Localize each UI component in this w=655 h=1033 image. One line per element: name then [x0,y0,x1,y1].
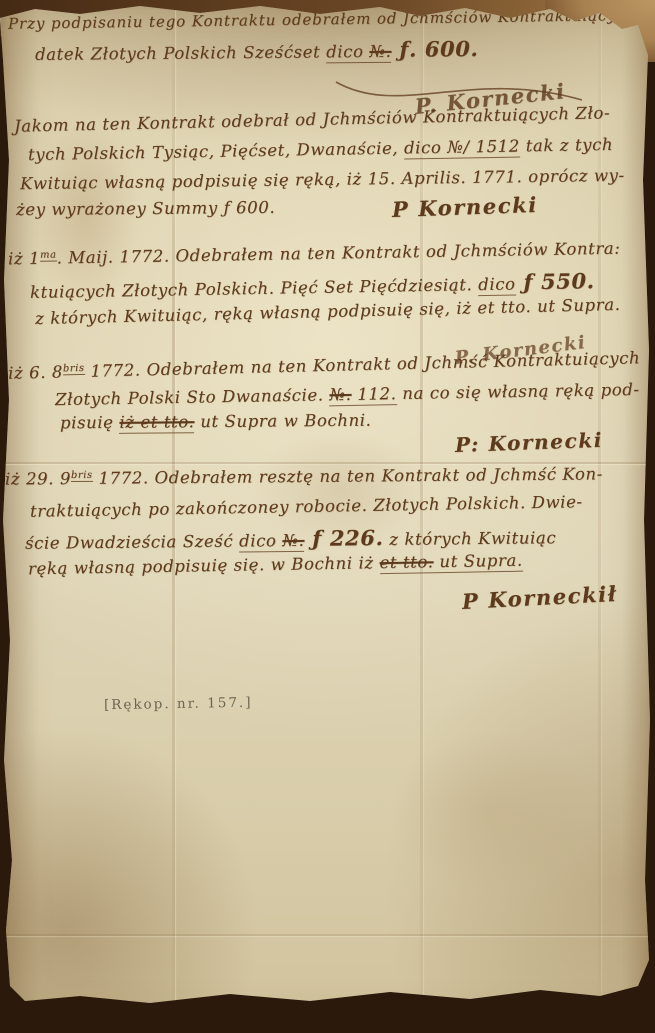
receipt-text: Jakom na ten Kontrakt odebrał od Jchmści… [14,103,610,136]
receipt-text: na co się własną ręką pod- [396,380,639,403]
underlined-sum: dico №. [239,531,305,553]
receipt-line: Złotych Polski Sto Dwanaście. №. 112. na… [55,380,640,409]
receipt-text: 1772. Odebrałem resztę na ten Kontrakt o… [93,464,603,487]
receipt-line: pisuię iż et tto. ut Supra w Bochni. [60,411,372,433]
receipt-line: iż 6. 8bris 1772. Odebrałem na ten Kontr… [8,348,641,382]
archive-number-note: [Rękop. nr. 157.] [104,695,253,714]
receipt-text: 1772. Odebrałem na ten Kontrakt od Jchmś… [84,348,640,381]
signature-kornecki: P Korneckił [461,581,618,614]
struck-phrase: iż et tto. [119,412,194,434]
sum-226: ƒ 226. [304,525,383,551]
manuscript-photo: Przy podpisaniu tego Kontraktu odebrałem… [0,0,655,1033]
signature-text: P Kornecki [392,192,539,222]
receipt-text: pisuię [60,413,120,433]
superscript-ordinal: ma [40,249,57,261]
underlined-dico: dico [478,274,516,296]
receipt-line: żey wyrażoney Summy ƒ 600. [16,198,275,219]
receipt-line: datek Złotych Polskich Sześćset dico №. … [35,36,479,65]
underlined-sum: dico №/ 1512 [404,137,520,160]
archive-note-text: [Rękop. nr. 157.] [104,695,253,714]
receipt-line: ście Dwadzieścia Sześć dico №. ƒ 226. z … [25,523,556,554]
struck-numero: №. [282,531,304,550]
vertical-fold-crease [598,0,601,1033]
underlined-sum: №. 112. [329,384,396,406]
struck-phrase: et tto. [379,552,433,574]
horizontal-fold-crease [0,934,655,936]
struck-numero: №. [369,42,391,61]
signature-text: P Korneckił [461,581,618,614]
dico-word: dico [239,531,282,550]
receipt-text: z których Kwituiąc [383,528,556,549]
receipt-line: iż 29. 9bris 1772. Odebrałem resztę na t… [5,464,603,488]
dico-word: dico [326,42,369,61]
receipt-text: datek Złotych Polskich Sześćset [35,42,326,64]
underlined-sum: dico №. [326,42,392,64]
superscript-month: bris [71,469,93,481]
sum-550: ƒ 550. [515,268,594,294]
receipt-text: żey wyrażoney Summy ƒ 600. [16,198,275,219]
sum-112: 112. [351,384,396,404]
superscript-month: bris [63,362,85,375]
manuscript-page: Przy podpisaniu tego Kontraktu odebrałem… [0,0,655,1033]
receipt-text: iż 6. 8 [8,362,63,382]
receipt-text: . Maij. 1772. Odebrałem na ten Kontrakt … [56,239,620,268]
receipt-text: iż 1 [8,249,40,269]
signature-kornecki: P Kornecki [392,192,539,222]
receipt-line: Jakom na ten Kontrakt odebrał od Jchmści… [14,103,610,136]
signature-text: P: Kornecki [455,428,604,457]
sum-600: ƒ. 600. [391,36,478,62]
receipt-text: ktuiących Złotych Polskich. Pięć Set Pię… [30,275,478,302]
receipt-text: Złotych Polski Sto Dwanaście. [55,385,330,409]
signature-kornecki: P: Kornecki [455,428,604,457]
struck-numero: №. [329,385,351,404]
paper-stain [390,730,590,890]
receipt-text: ręką własną podpisuię się. w Bochni iż [28,553,380,578]
receipt-line: ręką własną podpisuię się. w Bochni iż e… [28,551,523,579]
receipt-text: iż 29. 9 [5,469,71,489]
receipt-text: tak z tych [520,135,614,156]
underlined-closing: ut Supra. [433,551,523,574]
receipt-text: ście Dwadzieścia Sześć [25,532,239,553]
receipt-text: ut Supra w Bochni. [194,411,371,432]
